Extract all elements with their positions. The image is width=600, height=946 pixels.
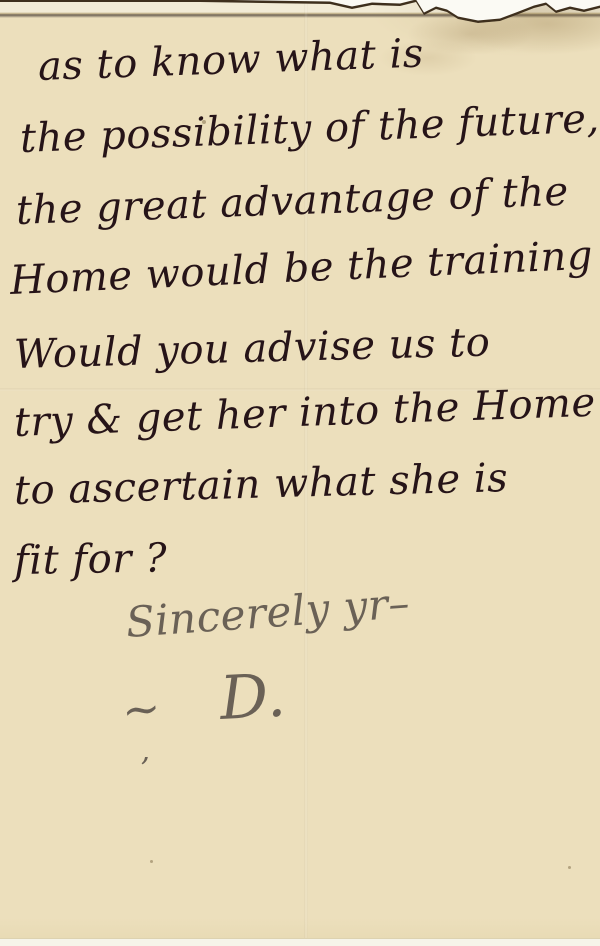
letter-paper: as to know what is the possibility of th… — [0, 0, 600, 946]
closing-line: Sincerely yr– — [124, 578, 411, 647]
handwriting-line: as to know what is — [37, 31, 424, 90]
letter-scan: as to know what is the possibility of th… — [0, 0, 600, 946]
page-bottom-edge — [0, 938, 600, 946]
handwriting-line: fit for ? — [14, 535, 168, 584]
handwriting-line: Would you advise us to — [13, 320, 490, 378]
signature-mark: ’ — [140, 752, 150, 787]
handwriting-line: try & get her into the Home — [13, 380, 596, 446]
handwriting-line: to ascertain what she is — [13, 455, 508, 514]
signature-initial: D. — [218, 661, 288, 734]
handwriting-line: the great advantage of the — [15, 169, 569, 234]
paper-speck — [568, 866, 571, 869]
signature-flourish: ~ — [119, 680, 163, 738]
paper-speck — [150, 860, 153, 863]
handwriting-line: the possibility of the future, — [19, 96, 600, 162]
handwriting-line: Home would be the training — [9, 233, 594, 304]
